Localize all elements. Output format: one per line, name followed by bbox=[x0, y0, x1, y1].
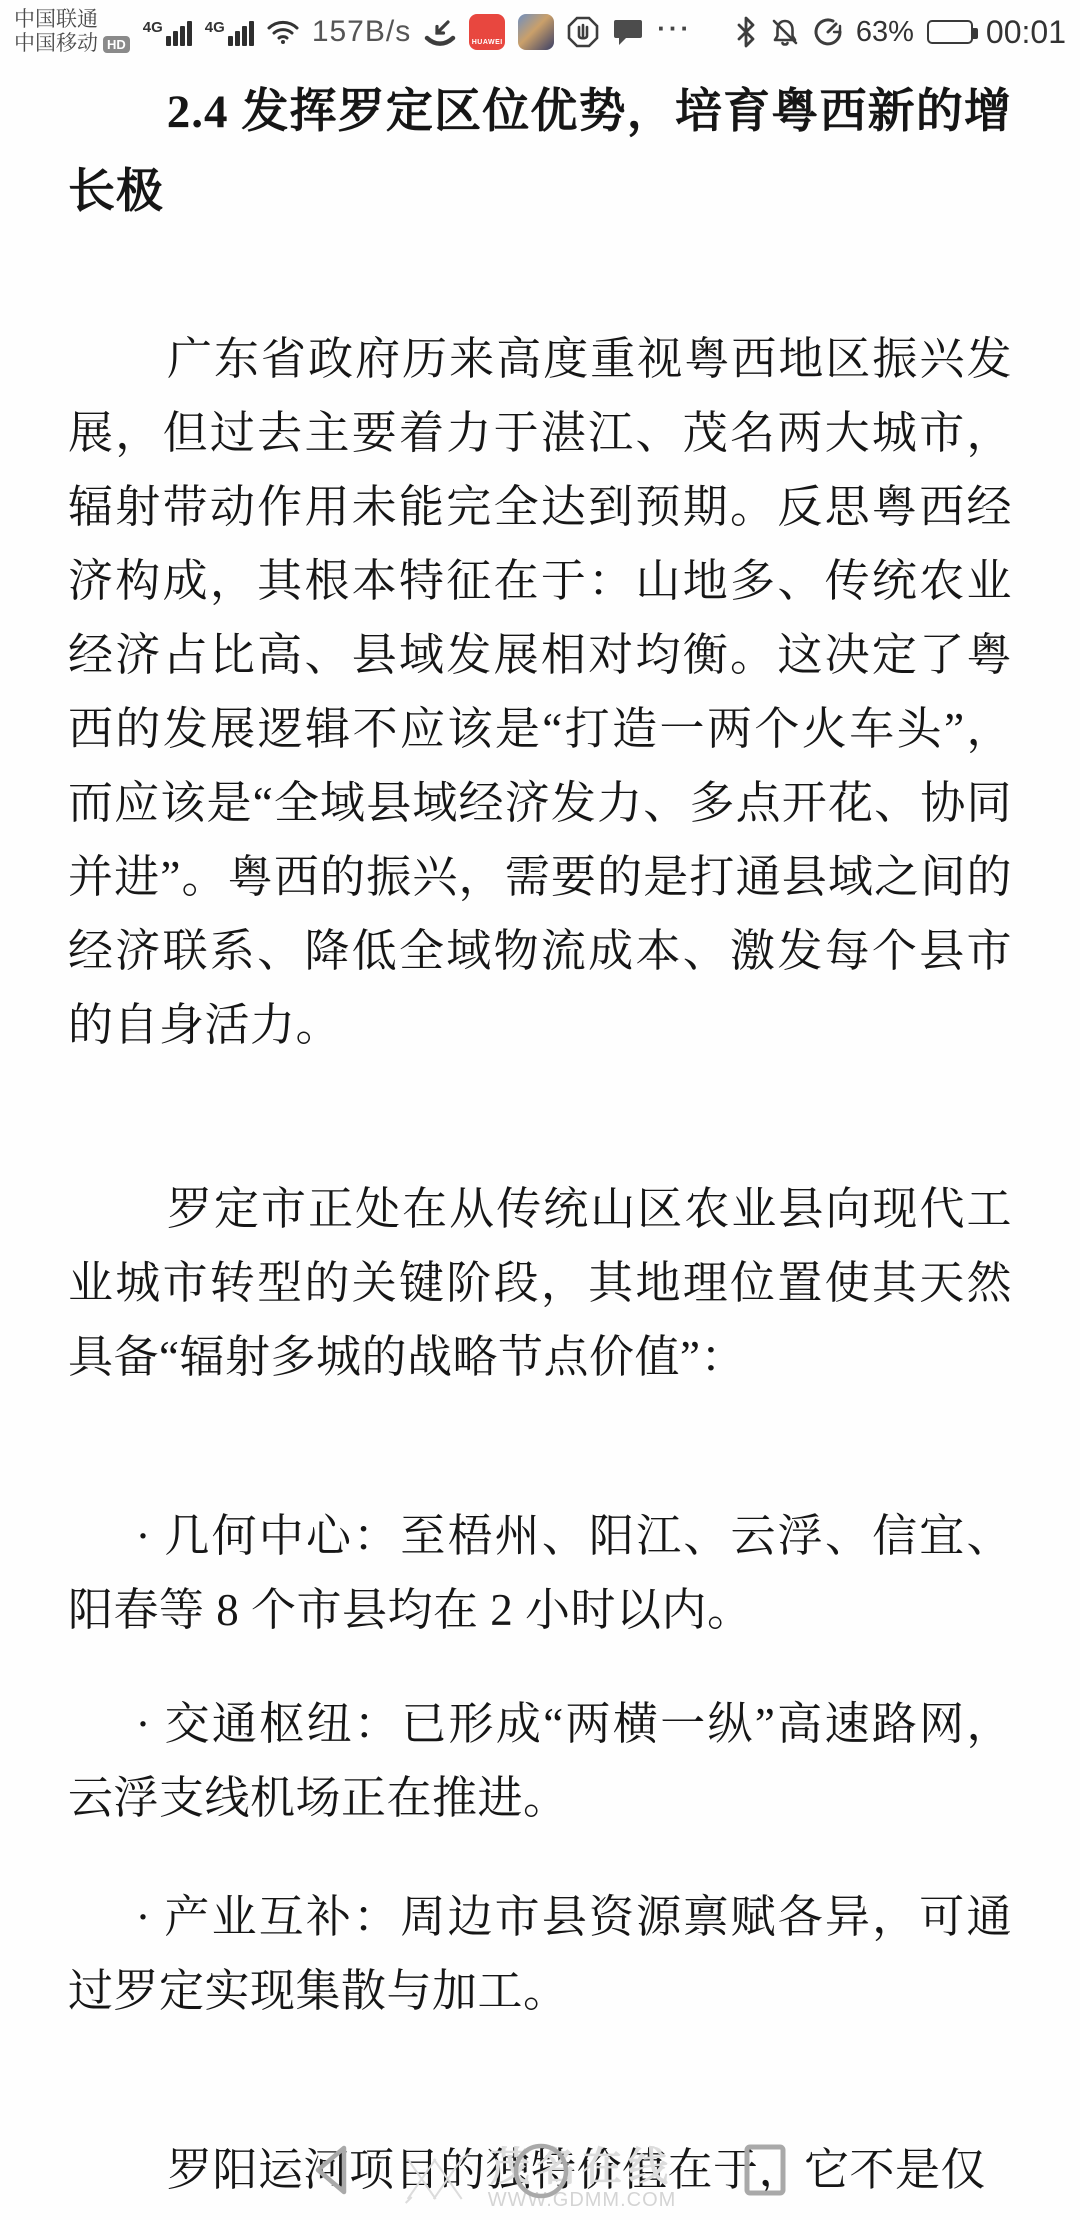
paragraph-intro: 广东省政府历来高度重视粤西地区振兴发展，但过去主要着力于湛江、茂名两大城市，辐射… bbox=[68, 322, 1012, 1062]
signal-bars-icon: 4G bbox=[205, 19, 254, 46]
status-bar-left: 中国联通 中国移动 HD 4G 4G bbox=[14, 8, 692, 56]
paragraph-luoding: 罗定市正处在从传统山区农业县向现代工业城市转型的关键阶段，其地理位置使其天然具备… bbox=[68, 1172, 1012, 1394]
signal-bars-icon: 4G bbox=[143, 19, 192, 46]
bullet-industry-complement: · 产业互补：周边市县资源禀赋各异，可通过罗定实现集散与加工。 bbox=[68, 1880, 1012, 2028]
carrier-1: 中国联通 bbox=[14, 8, 130, 32]
phone-screen: 中国联通 中国移动 HD 4G 4G bbox=[0, 0, 1080, 2220]
recents-button[interactable] bbox=[742, 2142, 788, 2203]
battery-icon bbox=[927, 20, 973, 44]
data-usage-icon bbox=[813, 17, 843, 47]
more-notifications-indicator: ··· bbox=[657, 13, 692, 44]
section-heading: 2.4 发挥罗定区位优势，培育粤西新的增长极 bbox=[68, 72, 1012, 232]
status-clock: 00:01 bbox=[986, 14, 1066, 51]
bell-muted-icon bbox=[770, 17, 800, 47]
bullet-geometric-center: · 几何中心：至梧州、阳江、云浮、信宜、阳春等 8 个市县均在 2 小时以内。 bbox=[68, 1499, 1012, 1647]
carrier-labels: 中国联通 中国移动 HD bbox=[14, 8, 130, 56]
hand-block-icon bbox=[567, 16, 599, 48]
bullet-transport-hub: · 交通枢纽：已形成“两横一纵”高速路网，云浮支线机场正在推进。 bbox=[68, 1687, 1012, 1835]
network-speed: 157B/s bbox=[312, 15, 411, 49]
status-bar[interactable]: 中国联通 中国移动 HD 4G 4G bbox=[0, 0, 1080, 62]
avatar-icon bbox=[518, 14, 554, 50]
wifi-icon bbox=[267, 19, 299, 45]
battery-percent: 63% bbox=[856, 16, 914, 49]
document-view[interactable]: 2.4 发挥罗定区位优势，培育粤西新的增长极 广东省政府历来高度重视粤西地区振兴… bbox=[0, 72, 1080, 2207]
missed-call-icon bbox=[424, 16, 456, 48]
huawei-app-icon: HUAWEI bbox=[469, 14, 505, 50]
hd-badge: HD bbox=[103, 36, 130, 53]
back-button[interactable] bbox=[306, 2142, 356, 2203]
chat-bubble-icon bbox=[612, 17, 644, 47]
bluetooth-icon bbox=[735, 16, 757, 48]
carrier-2: 中国移动 bbox=[14, 32, 98, 56]
status-bar-right: 63% 00:01 bbox=[735, 14, 1066, 51]
home-button[interactable] bbox=[512, 2142, 570, 2205]
android-nav-bar bbox=[0, 2124, 1080, 2220]
